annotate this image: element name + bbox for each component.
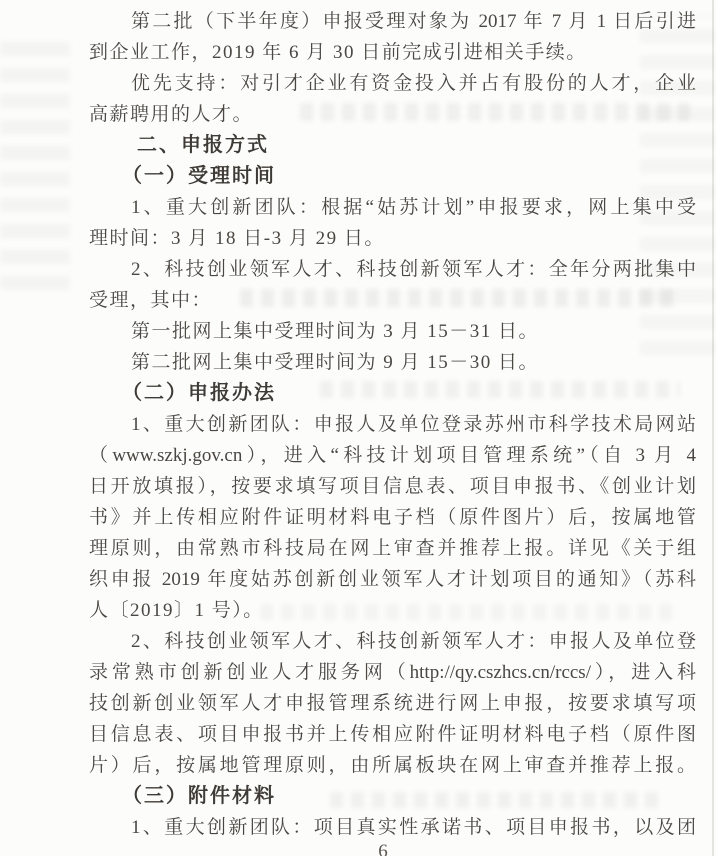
- text-line: 到企业工作，2019 年 6 月 30 日前完成引进相关手续。: [89, 37, 696, 68]
- text-line: 片）后，按属地管理原则，由所属板块在网上审查并推荐上报。: [89, 750, 696, 781]
- text-line: 优先支持：对引才企业有资金投入并占有股份的人才，企业: [89, 68, 696, 99]
- scan-edge-shadow: [712, 0, 714, 856]
- text-line: 第一批网上集中受理时间为 3 月 15－31 日。: [89, 316, 696, 347]
- text-line: 目信息表、项目申报书并上传相应附件证明材料电子档（原件图: [89, 719, 696, 750]
- document-text: 第二批（下半年度）申报受理对象为 2017 年 7 月 1 日后引进到企业工作，…: [89, 6, 696, 843]
- text-line: （www.szkj.gov.cn），进入“科技计划项目管理系统”（自 3 月 4: [89, 440, 696, 471]
- text-line: 书》并上传相应附件证明材料电子档（原件图片）后，按属地管: [89, 502, 696, 533]
- text-line: 1、重大创新团队：项目真实性承诺书、项目申报书，以及团: [89, 812, 696, 843]
- section-heading: 二、申报方式: [89, 130, 696, 161]
- page-number: 6: [25, 841, 716, 856]
- text-line: 受理，其中：: [89, 285, 696, 316]
- section-heading: （三）附件材料: [89, 781, 696, 812]
- text-line: 技创新创业领军人才申报管理系统进行网上申报，按要求填写项: [89, 688, 696, 719]
- text-line: 第二批（下半年度）申报受理对象为 2017 年 7 月 1 日后引进: [89, 6, 696, 37]
- text-line: 理原则，由常熟市科技局在网上审查并推荐上报。详见《关于组: [89, 533, 696, 564]
- text-line: 日开放填报），按要求填写项目信息表、项目申报书、《创业计划: [89, 471, 696, 502]
- text-line: 2、科技创业领军人才、科技创新领军人才：全年分两批集中: [89, 254, 696, 285]
- section-heading: （一）受理时间: [89, 161, 696, 192]
- text-line: 1、重大创新团队：根据“姑苏计划”申报要求，网上集中受: [89, 192, 696, 223]
- text-line: 2、科技创业领军人才、科技创新领军人才：申报人及单位登: [89, 626, 696, 657]
- scanned-document-page: 第二批（下半年度）申报受理对象为 2017 年 7 月 1 日后引进到企业工作，…: [0, 0, 716, 856]
- text-line: 人〔2019〕1 号）。: [89, 595, 696, 626]
- text-line: 录常熟市创新创业人才服务网（http://qy.cszhcs.cn/rccs/）…: [89, 657, 696, 688]
- text-line: 理时间：3 月 18 日-3 月 29 日。: [89, 223, 696, 254]
- text-line: 织申报 2019 年度姑苏创新创业领军人才计划项目的通知》（苏科: [89, 564, 696, 595]
- text-line: 高薪聘用的人才。: [89, 99, 696, 130]
- scan-bleedthrough-artifact: [0, 30, 70, 290]
- section-heading: （二）申报办法: [89, 378, 696, 409]
- text-line: 第二批网上集中受理时间为 9 月 15－30 日。: [89, 347, 696, 378]
- text-line: 1、重大创新团队：申报人及单位登录苏州市科学技术局网站: [89, 409, 696, 440]
